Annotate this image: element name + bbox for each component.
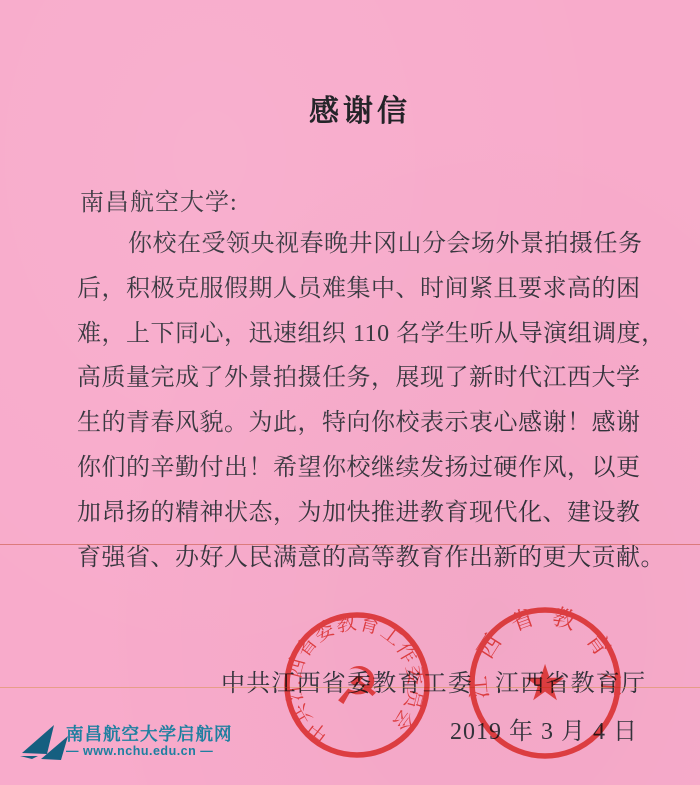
body-line: 高质量完成了外景拍摄任务，展现了新时代江西大学: [77, 356, 645, 401]
star-icon: ★: [523, 654, 568, 712]
body-line: 加昂扬的精神状态，为加快推进教育现代化、建设教: [77, 491, 645, 536]
scanned-letter-page: 感谢信 南昌航空大学: 你校在受领央视春晚井冈山分会场外景拍摄任务 后，积极克服…: [0, 0, 700, 785]
hammer-sickle-icon: ☭: [334, 657, 381, 717]
body-line: 后，积极克服假期人员难集中、时间紧且要求高的困: [77, 267, 645, 312]
body-line: 你校在受领央视春晚井冈山分会场外景拍摄任务: [77, 222, 645, 267]
watermark-url: — www.nchu.edu.cn —: [66, 744, 213, 758]
letter-body: 你校在受领央视春晚井冈山分会场外景拍摄任务 后，积极克服假期人员难集中、时间紧且…: [77, 222, 645, 580]
sail-logo-icon: [18, 723, 70, 763]
watermark-site-name: 南昌航空大学启航网: [66, 721, 233, 746]
body-line: 难，上下同心，迅速组织 110 名学生听从导演组调度，: [77, 312, 645, 357]
salutation: 南昌航空大学:: [80, 182, 238, 217]
paper-fold-line: [0, 544, 700, 545]
red-seal-education-dept: 江西省教育厅 ★: [460, 598, 630, 768]
letter-title: 感谢信: [20, 86, 700, 130]
body-line: 育强省、办好人民满意的高等教育作出新的更大贡献。: [77, 536, 645, 581]
body-line: 生的青春风貌。为此，特向你校表示衷心感谢！感谢: [77, 401, 645, 446]
body-line: 你们的辛勤付出！希望你校继续发扬过硬作风，以更: [77, 446, 645, 491]
red-seal-party-committee: 中共江西省委教育工作委员会 ☭: [277, 605, 437, 765]
